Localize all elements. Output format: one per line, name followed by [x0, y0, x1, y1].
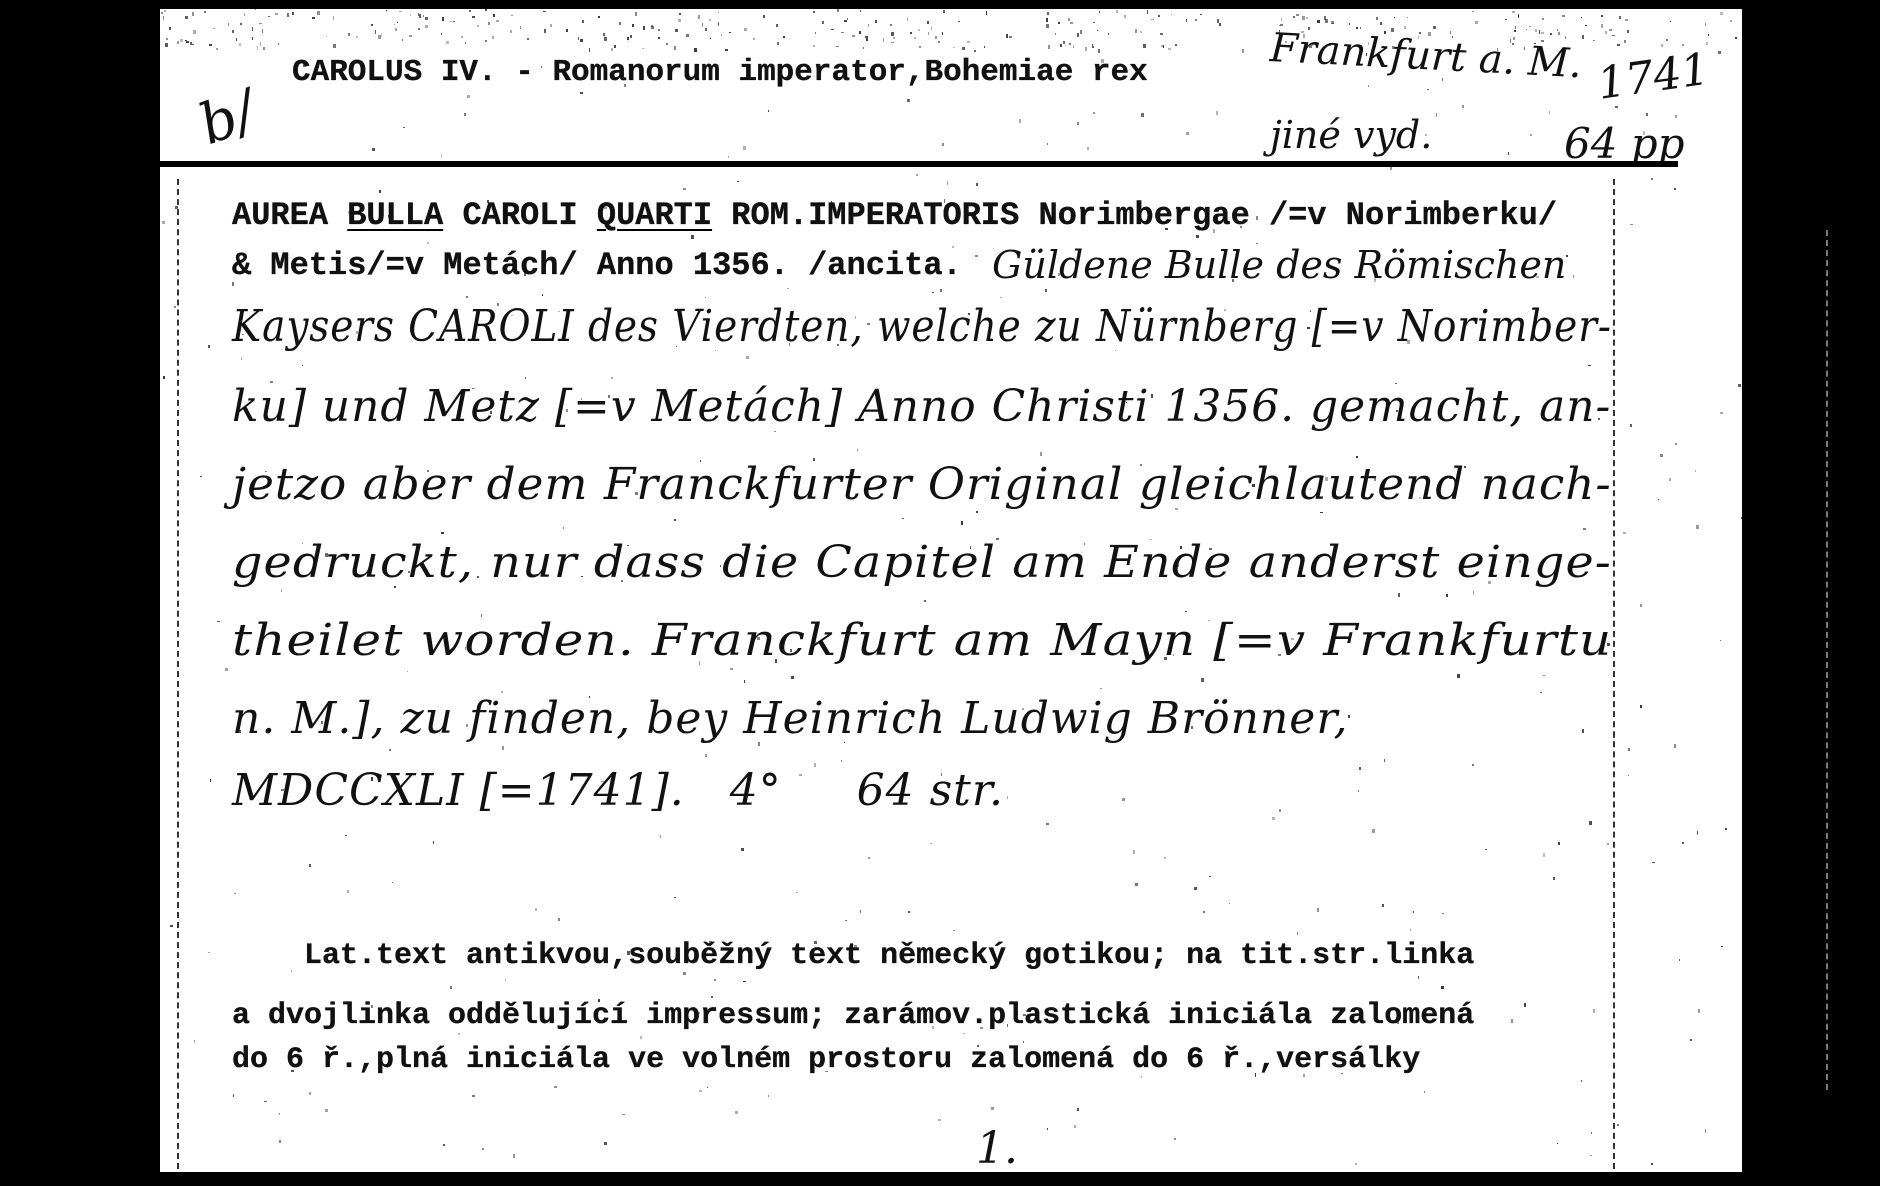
- handwritten-line: theilet worden. Franckfurt am Mayn [=v F…: [232, 615, 1612, 666]
- handwritten-line: MDCCXLI [=1741]. 4° 64 str.: [232, 765, 1004, 816]
- scan-edge-mark: [1826, 230, 1828, 1090]
- title-word: ROM.IMPERATORIS Norimbergae /=v Norimber…: [712, 197, 1557, 234]
- handwritten-line: Kaysers CAROLI des Vierdten, welche zu N…: [232, 301, 1612, 352]
- handwritten-line-0: Güldene Bulle des Römischen: [992, 243, 1566, 287]
- margin-note-year: 1741: [1594, 44, 1712, 110]
- handwritten-line: jetzo aber dem Franckfurter Original gle…: [232, 459, 1612, 510]
- title-typed-line-1: AUREA BULLA CAROLI QUARTI ROM.IMPERATORI…: [232, 197, 1557, 234]
- title-word: CAROLI: [443, 197, 597, 234]
- underlined-word-bulla: BULLA: [347, 197, 443, 234]
- header-rule: [160, 161, 1678, 167]
- note-line: do 6 ř.,plná iniciála ve volném prostoru…: [232, 1043, 1420, 1077]
- note-line: Lat.text antikvou,souběžný text německý …: [232, 939, 1474, 973]
- handwritten-line: n. M.], zu finden, bey Heinrich Ludwig B…: [232, 693, 1349, 744]
- margin-note-edition: jiné vyd.: [1270, 113, 1432, 157]
- scan-speckle: [160, 9, 1742, 1172]
- catalog-card: CAROLUS IV. - Romanorum imperator,Bohemi…: [160, 9, 1742, 1172]
- title-word: AUREA: [232, 197, 347, 234]
- underlined-word-quarti: QUARTI: [597, 197, 712, 234]
- title-typed-line-2: & Metis/=v Metách/ Anno 1356. /ancita.: [232, 247, 962, 284]
- note-line: a dvojlinka oddělující impressum; zarámo…: [232, 999, 1474, 1033]
- handwritten-line: ku] und Metz [=v Metách] Anno Christi 13…: [232, 381, 1611, 432]
- margin-note-place: Frankfurt a. M.: [1269, 25, 1583, 87]
- right-margin-dotted-line: [1613, 179, 1615, 1169]
- margin-note-left-mark: b/: [191, 78, 265, 158]
- left-margin-dotted-line: [177, 179, 179, 1169]
- handwritten-line: gedruckt, nur dass die Capitel am Ende a…: [232, 537, 1612, 588]
- page-mark: 1.: [976, 1123, 1018, 1174]
- card-heading: CAROLUS IV. - Romanorum imperator,Bohemi…: [292, 55, 1148, 90]
